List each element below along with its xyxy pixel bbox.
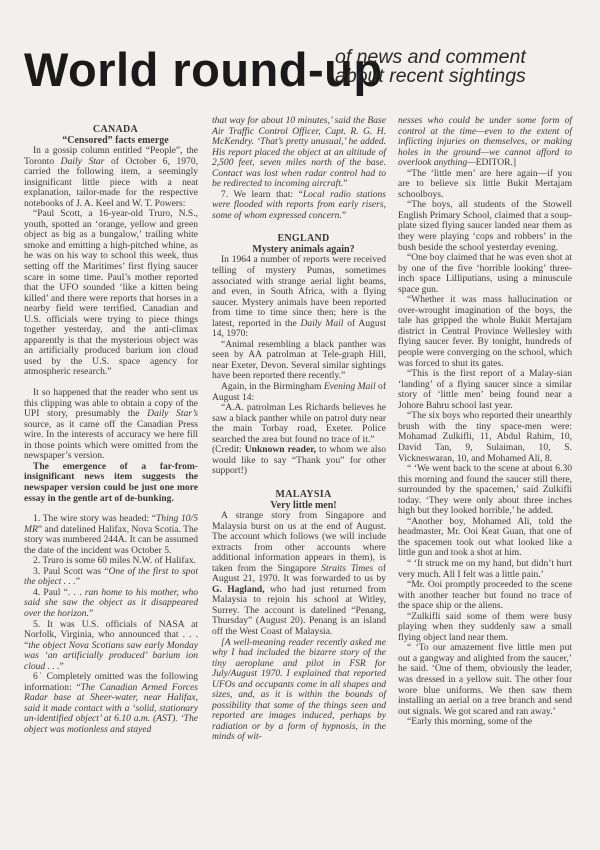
publication-name: Daily Star’s xyxy=(147,408,198,419)
editor-note: [A well-meaning reader recently asked me… xyxy=(212,638,386,743)
quote-paragraph: “The boys, all students of the Stowell E… xyxy=(398,200,572,253)
text: ” and datelined Halifax, Nova Scotia. Th… xyxy=(24,524,198,556)
list-item: 5. It was U.S. officials of NASA at Norf… xyxy=(24,620,198,673)
page-title: World round-up xyxy=(24,40,383,100)
section-canada: CANADA “Censored” facts emerge In a goss… xyxy=(24,124,198,736)
quote-paragraph: “Early this morning, some of the xyxy=(398,717,572,728)
quote-paragraph: “Paul Scott, a 16-year-old Truro, N.S., … xyxy=(24,209,198,378)
quote-paragraph: “Animal resembling a black panther was s… xyxy=(212,340,386,382)
paragraph: A strange story from Singapore and Malay… xyxy=(212,511,386,638)
text: 7. We learn that: “ xyxy=(221,189,303,200)
quote-paragraph: “Another boy, Mohamed Ali, told the head… xyxy=(398,517,572,559)
text: Again, in the Birmingham xyxy=(221,381,324,392)
text: ” xyxy=(60,661,64,672)
quote-paragraph: “Whether it was mass hallucination or ov… xyxy=(398,295,572,369)
magazine-page: World round-up of news and comment about… xyxy=(0,0,600,850)
quote-paragraph: “ ‘It struck me on my hand, but didn’t h… xyxy=(398,559,572,580)
credit-line: (Credit: Unknown reader, to whom we also… xyxy=(212,445,386,477)
section-country: ENGLAND xyxy=(212,233,386,244)
paragraph: In a gossip column entitled “People”, th… xyxy=(24,146,198,209)
quote-paragraph: “Mr. Ooi promptly proceeded to the scene… xyxy=(398,580,572,612)
text: 4. Paul “. . . xyxy=(33,587,85,598)
editor-signature: EDITOR xyxy=(476,157,511,168)
list-item: 7. We learn that: “Local radio stations … xyxy=(212,190,386,222)
paragraph: It so happened that the reader who sent … xyxy=(24,388,198,462)
text: source, as it came off the Canadian Pres… xyxy=(24,419,198,462)
quote-paragraph: “The ‘little men’ are here again—if you … xyxy=(398,169,572,201)
quote-paragraph: “This is the first report of a Malay-sia… xyxy=(398,369,572,411)
masthead: World round-up of news and comment about… xyxy=(22,40,582,110)
subtitle-line-2: about recent sightings xyxy=(335,67,526,86)
quote-paragraph: “ ‘To our amazement five little men put … xyxy=(398,643,572,717)
page-subtitle: of news and comment about recent sightin… xyxy=(335,48,526,86)
text: (Credit: xyxy=(212,444,245,455)
text: ” xyxy=(89,608,93,619)
section-malaysia: MALAYSIA Very little men! A strange stor… xyxy=(212,489,386,743)
text: 2. Truro is some 60 miles N.W. of Halifa… xyxy=(33,555,196,566)
numbered-list: 1. The wire story was headed: “Thing 10/… xyxy=(24,514,198,735)
publication-name: Straits Times xyxy=(321,563,373,574)
quote-paragraph: “One boy claimed that he was even shot a… xyxy=(398,253,572,295)
list-item: 4. Paul “. . . ran home to his mother, w… xyxy=(24,588,198,620)
publication-name: Evening Mail xyxy=(324,381,376,392)
credit-name: G. Hagland, xyxy=(212,584,265,595)
list-item: 1. The wire story was headed: “Thing 10/… xyxy=(24,514,198,556)
list-item: 6˙ Completely omitted was the following … xyxy=(24,672,198,735)
quote-paragraph: “ ‘We went back to the scene at about 6.… xyxy=(398,464,572,517)
credit-name: Unknown reader, xyxy=(245,444,316,455)
text: 3. Paul Scott was “ xyxy=(33,566,108,577)
text: ” xyxy=(343,178,347,189)
italic-text: the object Nova Scotians saw early Monda… xyxy=(24,640,198,672)
italic-text: [A well-meaning reader recently asked me… xyxy=(212,637,386,743)
paragraph: In 1964 a number of reports were receive… xyxy=(212,255,386,339)
quote-paragraph: “The six boys who reported their unearth… xyxy=(398,411,572,464)
paragraph: Again, in the Birmingham Evening Mail of… xyxy=(212,382,386,403)
italic-text: that way for about 10 minutes,’ said the… xyxy=(212,115,386,189)
column-1: CANADA “Censored” facts emerge In a goss… xyxy=(24,124,198,736)
section-country: MALAYSIA xyxy=(212,489,386,500)
column-3: nesses who could be under some form of c… xyxy=(398,116,572,728)
editor-note-continued: nesses who could be under some form of c… xyxy=(398,116,572,169)
text: 1. The wire story was headed: “ xyxy=(33,513,156,524)
bold-paragraph: The emergence of a far-from-insignifican… xyxy=(24,462,198,504)
continued-quote: that way for about 10 minutes,’ said the… xyxy=(212,116,386,190)
column-2: that way for about 10 minutes,’ said the… xyxy=(212,116,386,743)
publication-name: Daily Mail xyxy=(300,318,343,329)
text: ” xyxy=(76,576,80,587)
text: The emergence of a far-from-insignifican… xyxy=(24,461,198,504)
quote-paragraph: “Zulkifli said some of them were busy pl… xyxy=(398,612,572,644)
section-england: ENGLAND Mystery animals again? In 1964 a… xyxy=(212,233,386,476)
publication-name: Daily Star xyxy=(61,156,105,167)
section-country: CANADA xyxy=(24,124,198,135)
text: ” xyxy=(342,210,346,221)
list-item: 3. Paul Scott was “One of the first to s… xyxy=(24,567,198,588)
quote-paragraph: “A.A. patrolman Les Richards believes he… xyxy=(212,403,386,445)
text: .] xyxy=(511,157,517,168)
